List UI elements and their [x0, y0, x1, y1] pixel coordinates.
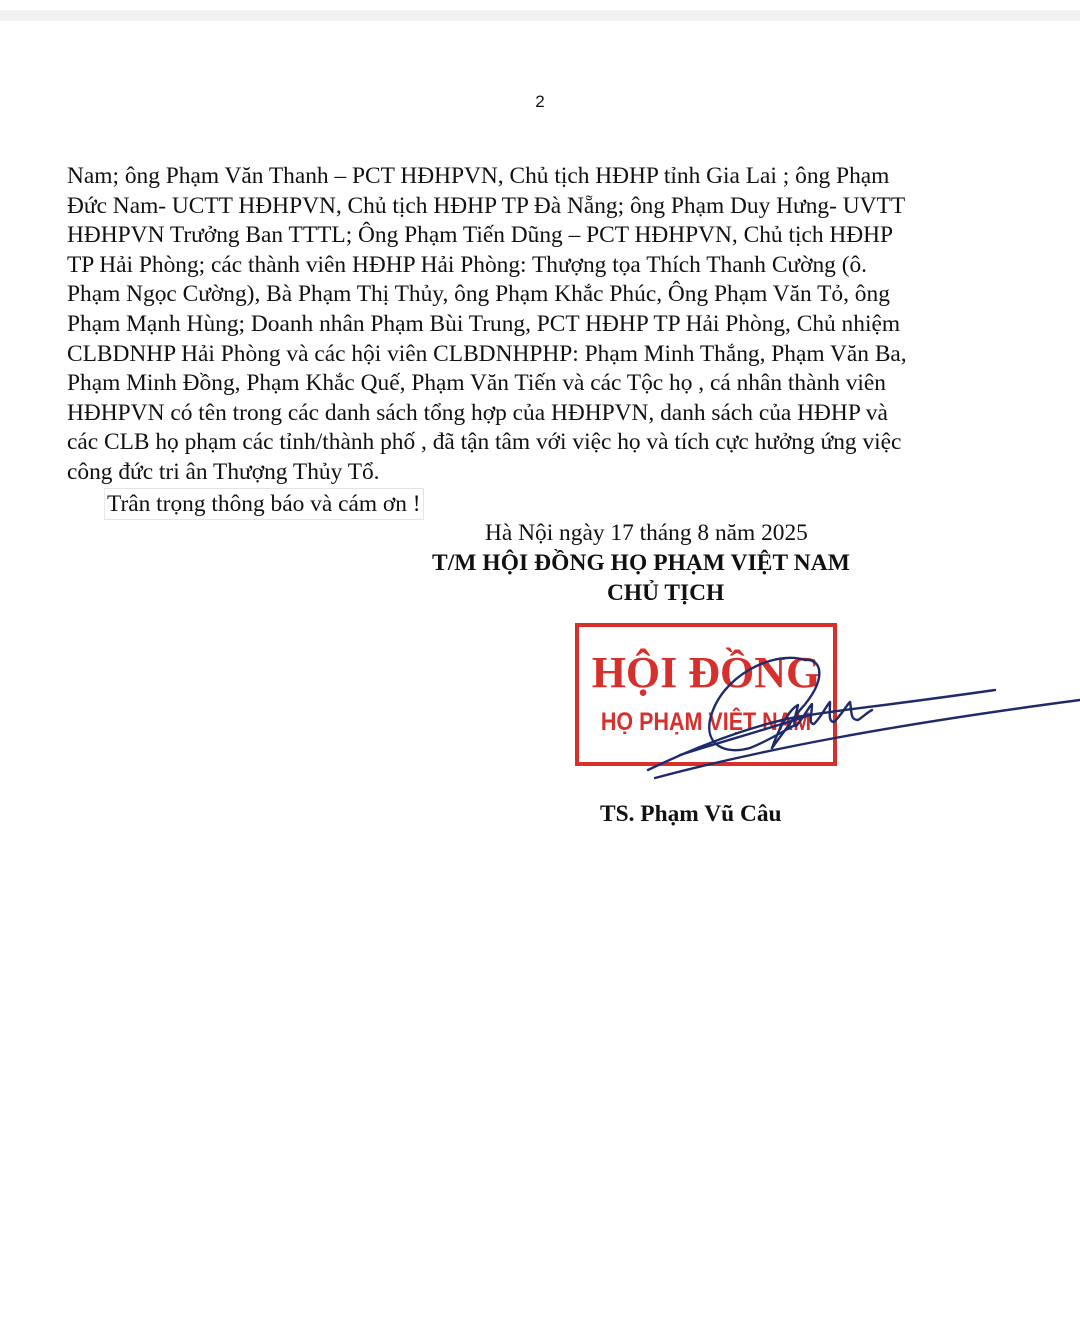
handwritten-signature-icon — [560, 620, 1080, 790]
body-line: CLBDNHP Hải Phòng và các hội viên CLBDNH… — [67, 340, 997, 370]
body-line: công đức tri ân Thượng Thủy Tổ. — [67, 458, 997, 488]
body-line: Phạm Mạnh Hùng; Doanh nhân Phạm Bùi Trun… — [67, 310, 997, 340]
organization-line: T/M HỘI ĐỒNG HỌ PHẠM VIỆT NAM — [432, 548, 850, 578]
body-line: Phạm Ngọc Cường), Bà Phạm Thị Thủy, ông … — [67, 280, 997, 310]
body-line: HĐHPVN Trưởng Ban TTTL; Ông Phạm Tiến Dũ… — [67, 221, 997, 251]
body-line: HĐHPVN có tên trong các danh sách tổng h… — [67, 399, 997, 429]
body-paragraph: Nam; ông Phạm Văn Thanh – PCT HĐHPVN, Ch… — [67, 162, 997, 488]
page-number: 2 — [0, 92, 1080, 112]
signer-name: TS. Phạm Vũ Câu — [600, 799, 782, 829]
closing-text: Trân trọng thông báo và cám ơn ! — [104, 488, 424, 520]
date-line: Hà Nội ngày 17 tháng 8 năm 2025 — [485, 518, 808, 548]
body-line: Phạm Minh Đồng, Phạm Khắc Quế, Phạm Văn … — [67, 369, 997, 399]
body-line: TP Hải Phòng; các thành viên HĐHP Hải Ph… — [67, 251, 997, 281]
body-line: Đức Nam- UCTT HĐHPVN, Chủ tịch HĐHP TP Đ… — [67, 192, 997, 222]
viewer-top-strip — [0, 10, 1080, 21]
body-line: Nam; ông Phạm Văn Thanh – PCT HĐHPVN, Ch… — [67, 162, 997, 192]
body-line: các CLB họ phạm các tỉnh/thành phố , đã … — [67, 428, 997, 458]
role-line: CHỦ TỊCH — [607, 578, 724, 608]
